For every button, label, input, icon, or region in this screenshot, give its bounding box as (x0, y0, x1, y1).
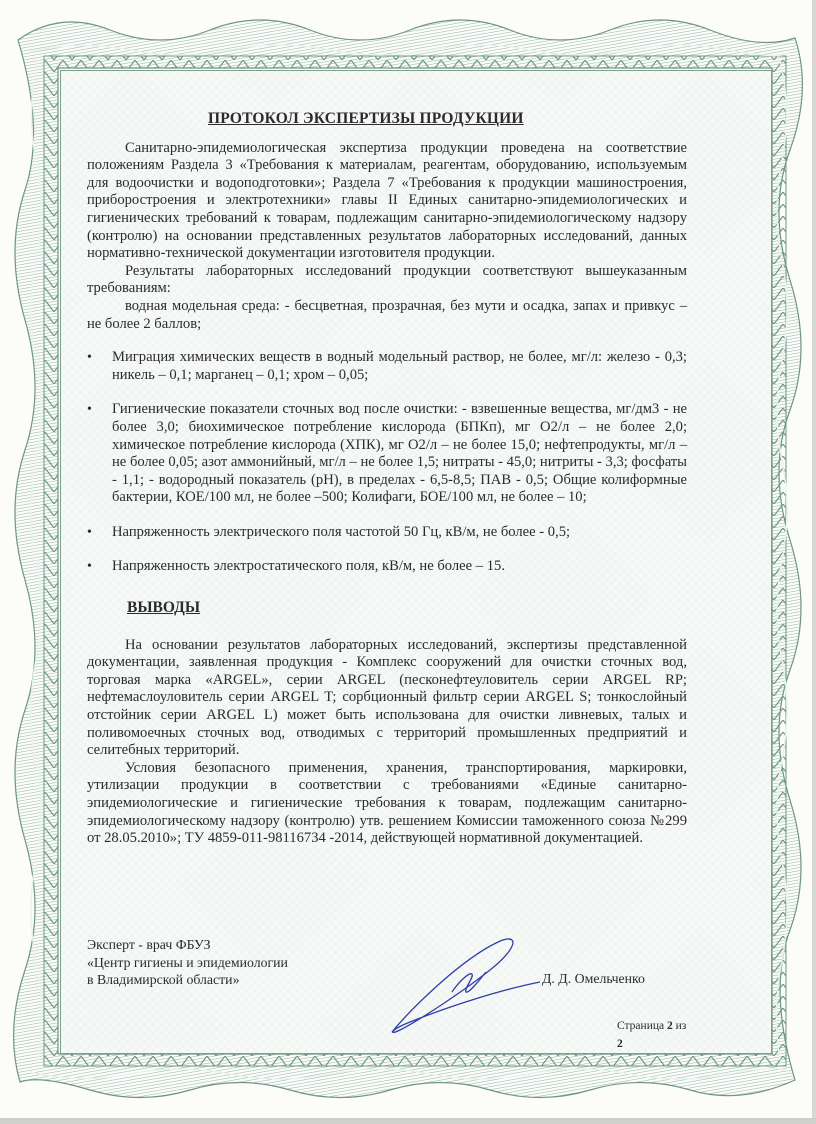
intro-paragraph: водная модельная среда: - бесцветная, пр… (87, 298, 687, 333)
expert-line: «Центр гигиены и эпидемиологии (87, 954, 288, 972)
page-title: ПРОТОКОЛ ЭКСПЕРТИЗЫ ПРОДУКЦИИ (87, 110, 687, 128)
conclusion-paragraph: На основании результатов лабораторных ис… (87, 637, 687, 760)
requirement-item: Миграция химических веществ в водный мод… (87, 349, 687, 384)
intro-paragraph: Результаты лабораторных исследований про… (87, 263, 687, 298)
requirement-item: Напряженность электрического поля частот… (87, 524, 687, 542)
page-separator: из (676, 1020, 687, 1032)
protocol-content: ПРОТОКОЛ ЭКСПЕРТИЗЫ ПРОДУКЦИИ Санитарно-… (87, 110, 687, 848)
handwritten-signature-icon (380, 930, 550, 1040)
signer-name: Д. Д. Омельченко (542, 970, 645, 988)
page-number: Страница 2 из 2 (617, 1018, 687, 1053)
scan-edge (812, 0, 816, 1124)
expert-line: в Владимирской области» (87, 971, 288, 989)
expert-affiliation: Эксперт - врач ФБУЗ «Центр гигиены и эпи… (87, 936, 288, 989)
expert-line: Эксперт - врач ФБУЗ (87, 936, 288, 954)
page-current: 2 (667, 1020, 673, 1032)
intro-paragraph: Санитарно-эпидемиологическая экспертиза … (87, 140, 687, 263)
requirement-item: Напряженность электростатического поля, … (87, 558, 687, 576)
conclusion-paragraph: Условия безопасного применения, хранения… (87, 760, 687, 848)
requirements-list: Миграция химических веществ в водный мод… (87, 349, 687, 576)
page-total: 2 (617, 1038, 623, 1050)
scan-edge (0, 1118, 816, 1124)
page-label: Страница (617, 1020, 664, 1032)
conclusions-heading: ВЫВОДЫ (87, 599, 687, 617)
requirement-item: Гигиенические показатели сточных вод пос… (87, 401, 687, 507)
